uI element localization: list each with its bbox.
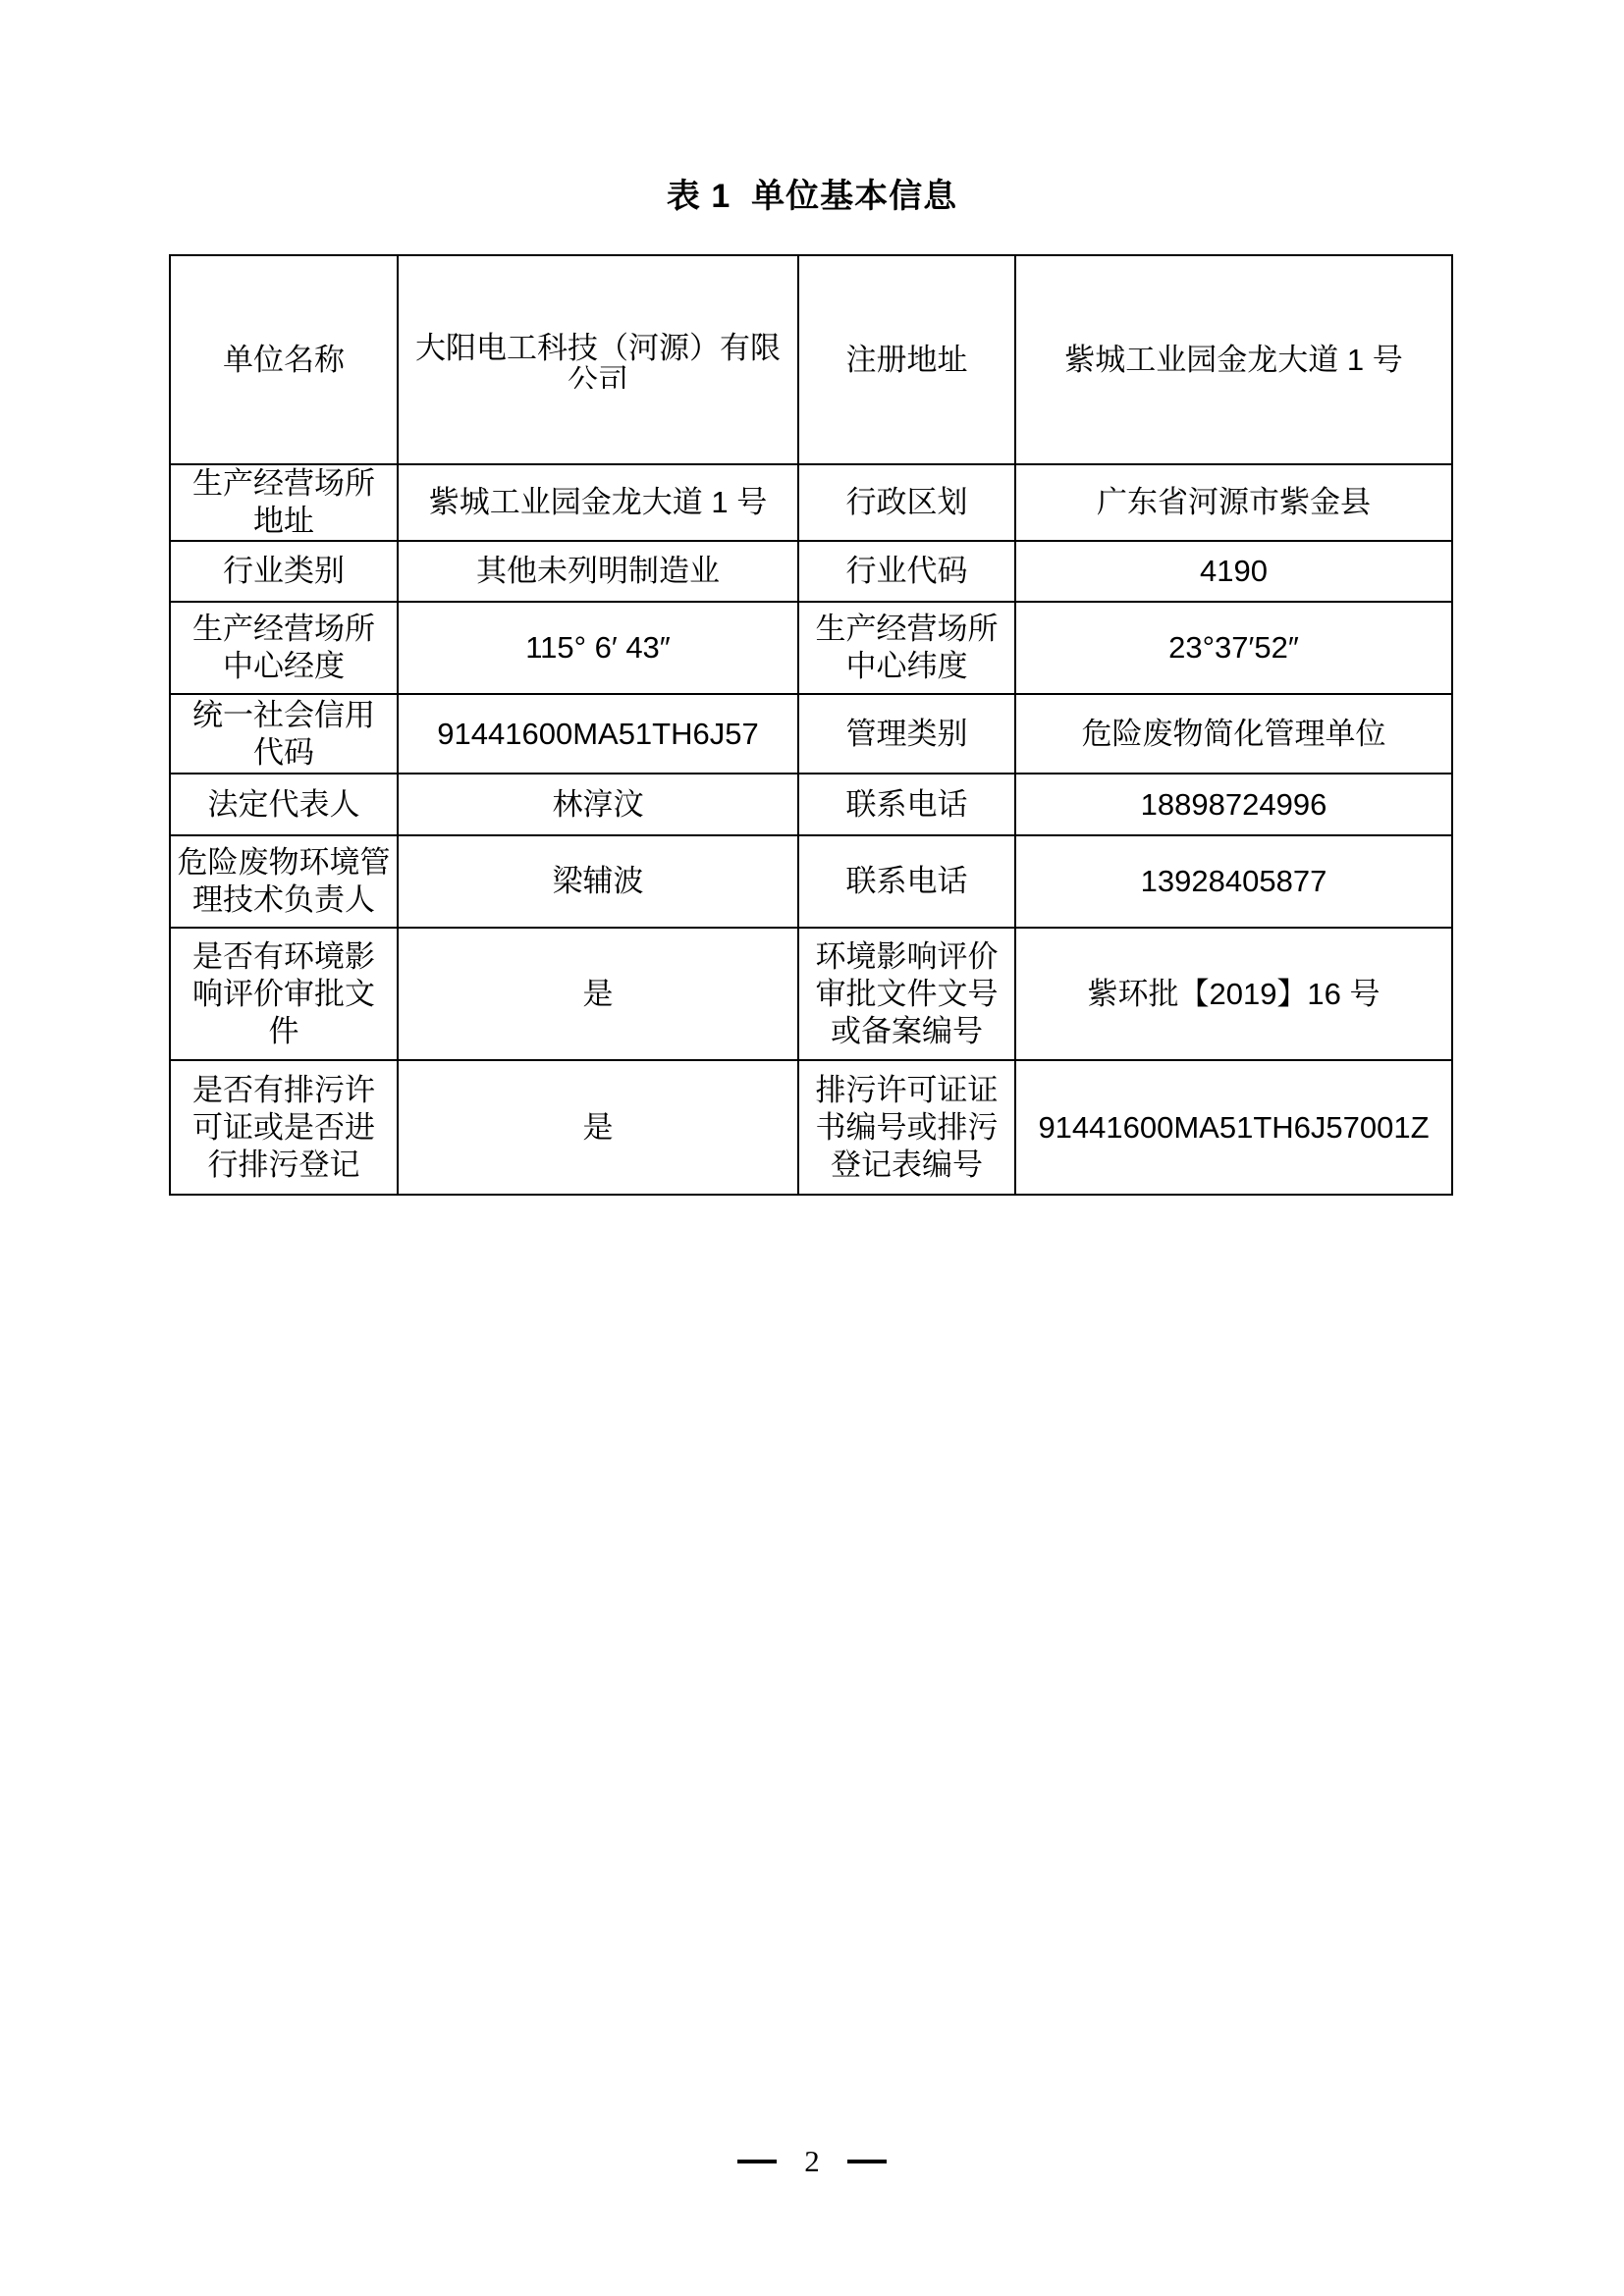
label-registered-address: 注册地址	[798, 255, 1015, 464]
value-contact-phone-2: 13928405877	[1015, 835, 1452, 928]
table-row: 生产经营场所 中心经度 115° 6′ 43″ 生产经营场所 中心纬度 23°3…	[170, 602, 1452, 694]
value-management-category: 危险废物简化管理单位	[1015, 694, 1452, 774]
label-premises-center-longitude: 生产经营场所 中心经度	[170, 602, 398, 694]
table-row: 单位名称 大阳电工科技（河源）有限 公司 注册地址 紫城工业园金龙大道 1 号	[170, 255, 1452, 464]
table-row: 危险废物环境管 理技术负责人 梁辅波 联系电话 13928405877	[170, 835, 1452, 928]
table-row: 是否有排污许 可证或是否进 行排污登记 是 排污许可证证 书编号或排污 登记表编…	[170, 1060, 1452, 1195]
value-unified-social-credit-code: 91441600MA51TH6J57	[398, 694, 798, 774]
label-has-discharge-permit: 是否有排污许 可证或是否进 行排污登记	[170, 1060, 398, 1195]
table-row: 行业类别 其他未列明制造业 行业代码 4190	[170, 541, 1452, 602]
footer-dash-left	[737, 2160, 777, 2163]
label-has-eia-approval-document: 是否有环境影 响评价审批文 件	[170, 928, 398, 1060]
label-discharge-permit-number: 排污许可证证 书编号或排污 登记表编号	[798, 1060, 1015, 1195]
label-contact-phone: 联系电话	[798, 774, 1015, 835]
label-administrative-division: 行政区划	[798, 464, 1015, 541]
value-contact-phone: 18898724996	[1015, 774, 1452, 835]
label-contact-phone-2: 联系电话	[798, 835, 1015, 928]
value-has-discharge-permit: 是	[398, 1060, 798, 1195]
label-management-category: 管理类别	[798, 694, 1015, 774]
value-unit-name-text: 大阳电工科技（河源）有限 公司	[403, 331, 793, 389]
value-administrative-division: 广东省河源市紫金县	[1015, 464, 1452, 541]
unit-basic-info-table: 单位名称 大阳电工科技（河源）有限 公司 注册地址 紫城工业园金龙大道 1 号 …	[169, 254, 1453, 1196]
value-premises-center-longitude: 115° 6′ 43″	[398, 602, 798, 694]
value-eia-approval-number: 紫环批【2019】16 号	[1015, 928, 1452, 1060]
table-row: 生产经营场所 地址 紫城工业园金龙大道 1 号 行政区划 广东省河源市紫金县	[170, 464, 1452, 541]
page-number: 2	[804, 2145, 820, 2178]
label-premises-center-latitude: 生产经营场所 中心纬度	[798, 602, 1015, 694]
value-industry-code: 4190	[1015, 541, 1452, 602]
document-page: 表 1 单位基本信息 单位名称 大阳电工科技（河源）有限 公司 注册地址 紫城工…	[0, 0, 1624, 2296]
value-has-eia-approval-document: 是	[398, 928, 798, 1060]
value-industry-category: 其他未列明制造业	[398, 541, 798, 602]
label-industry-code: 行业代码	[798, 541, 1015, 602]
label-unified-social-credit-code: 统一社会信用 代码	[170, 694, 398, 774]
page-footer: 2	[0, 2145, 1624, 2178]
label-hw-env-management-director: 危险废物环境管 理技术负责人	[170, 835, 398, 928]
value-unit-name: 大阳电工科技（河源）有限 公司	[398, 255, 798, 464]
label-premises-address: 生产经营场所 地址	[170, 464, 398, 541]
value-registered-address: 紫城工业园金龙大道 1 号	[1015, 255, 1452, 464]
label-industry-category: 行业类别	[170, 541, 398, 602]
table-row: 法定代表人 林淳汶 联系电话 18898724996	[170, 774, 1452, 835]
label-legal-representative: 法定代表人	[170, 774, 398, 835]
table-row: 是否有环境影 响评价审批文 件 是 环境影响评价 审批文件文号 或备案编号 紫环…	[170, 928, 1452, 1060]
page-title: 表 1 单位基本信息	[0, 169, 1624, 217]
table-row: 统一社会信用 代码 91441600MA51TH6J57 管理类别 危险废物简化…	[170, 694, 1452, 774]
value-hw-env-management-director: 梁辅波	[398, 835, 798, 928]
value-premises-address: 紫城工业园金龙大道 1 号	[398, 464, 798, 541]
footer-dash-right	[847, 2160, 887, 2163]
label-eia-approval-number: 环境影响评价 审批文件文号 或备案编号	[798, 928, 1015, 1060]
label-unit-name: 单位名称	[170, 255, 398, 464]
value-premises-center-latitude: 23°37′52″	[1015, 602, 1452, 694]
value-discharge-permit-number: 91441600MA51TH6J57001Z	[1015, 1060, 1452, 1195]
value-legal-representative: 林淳汶	[398, 774, 798, 835]
